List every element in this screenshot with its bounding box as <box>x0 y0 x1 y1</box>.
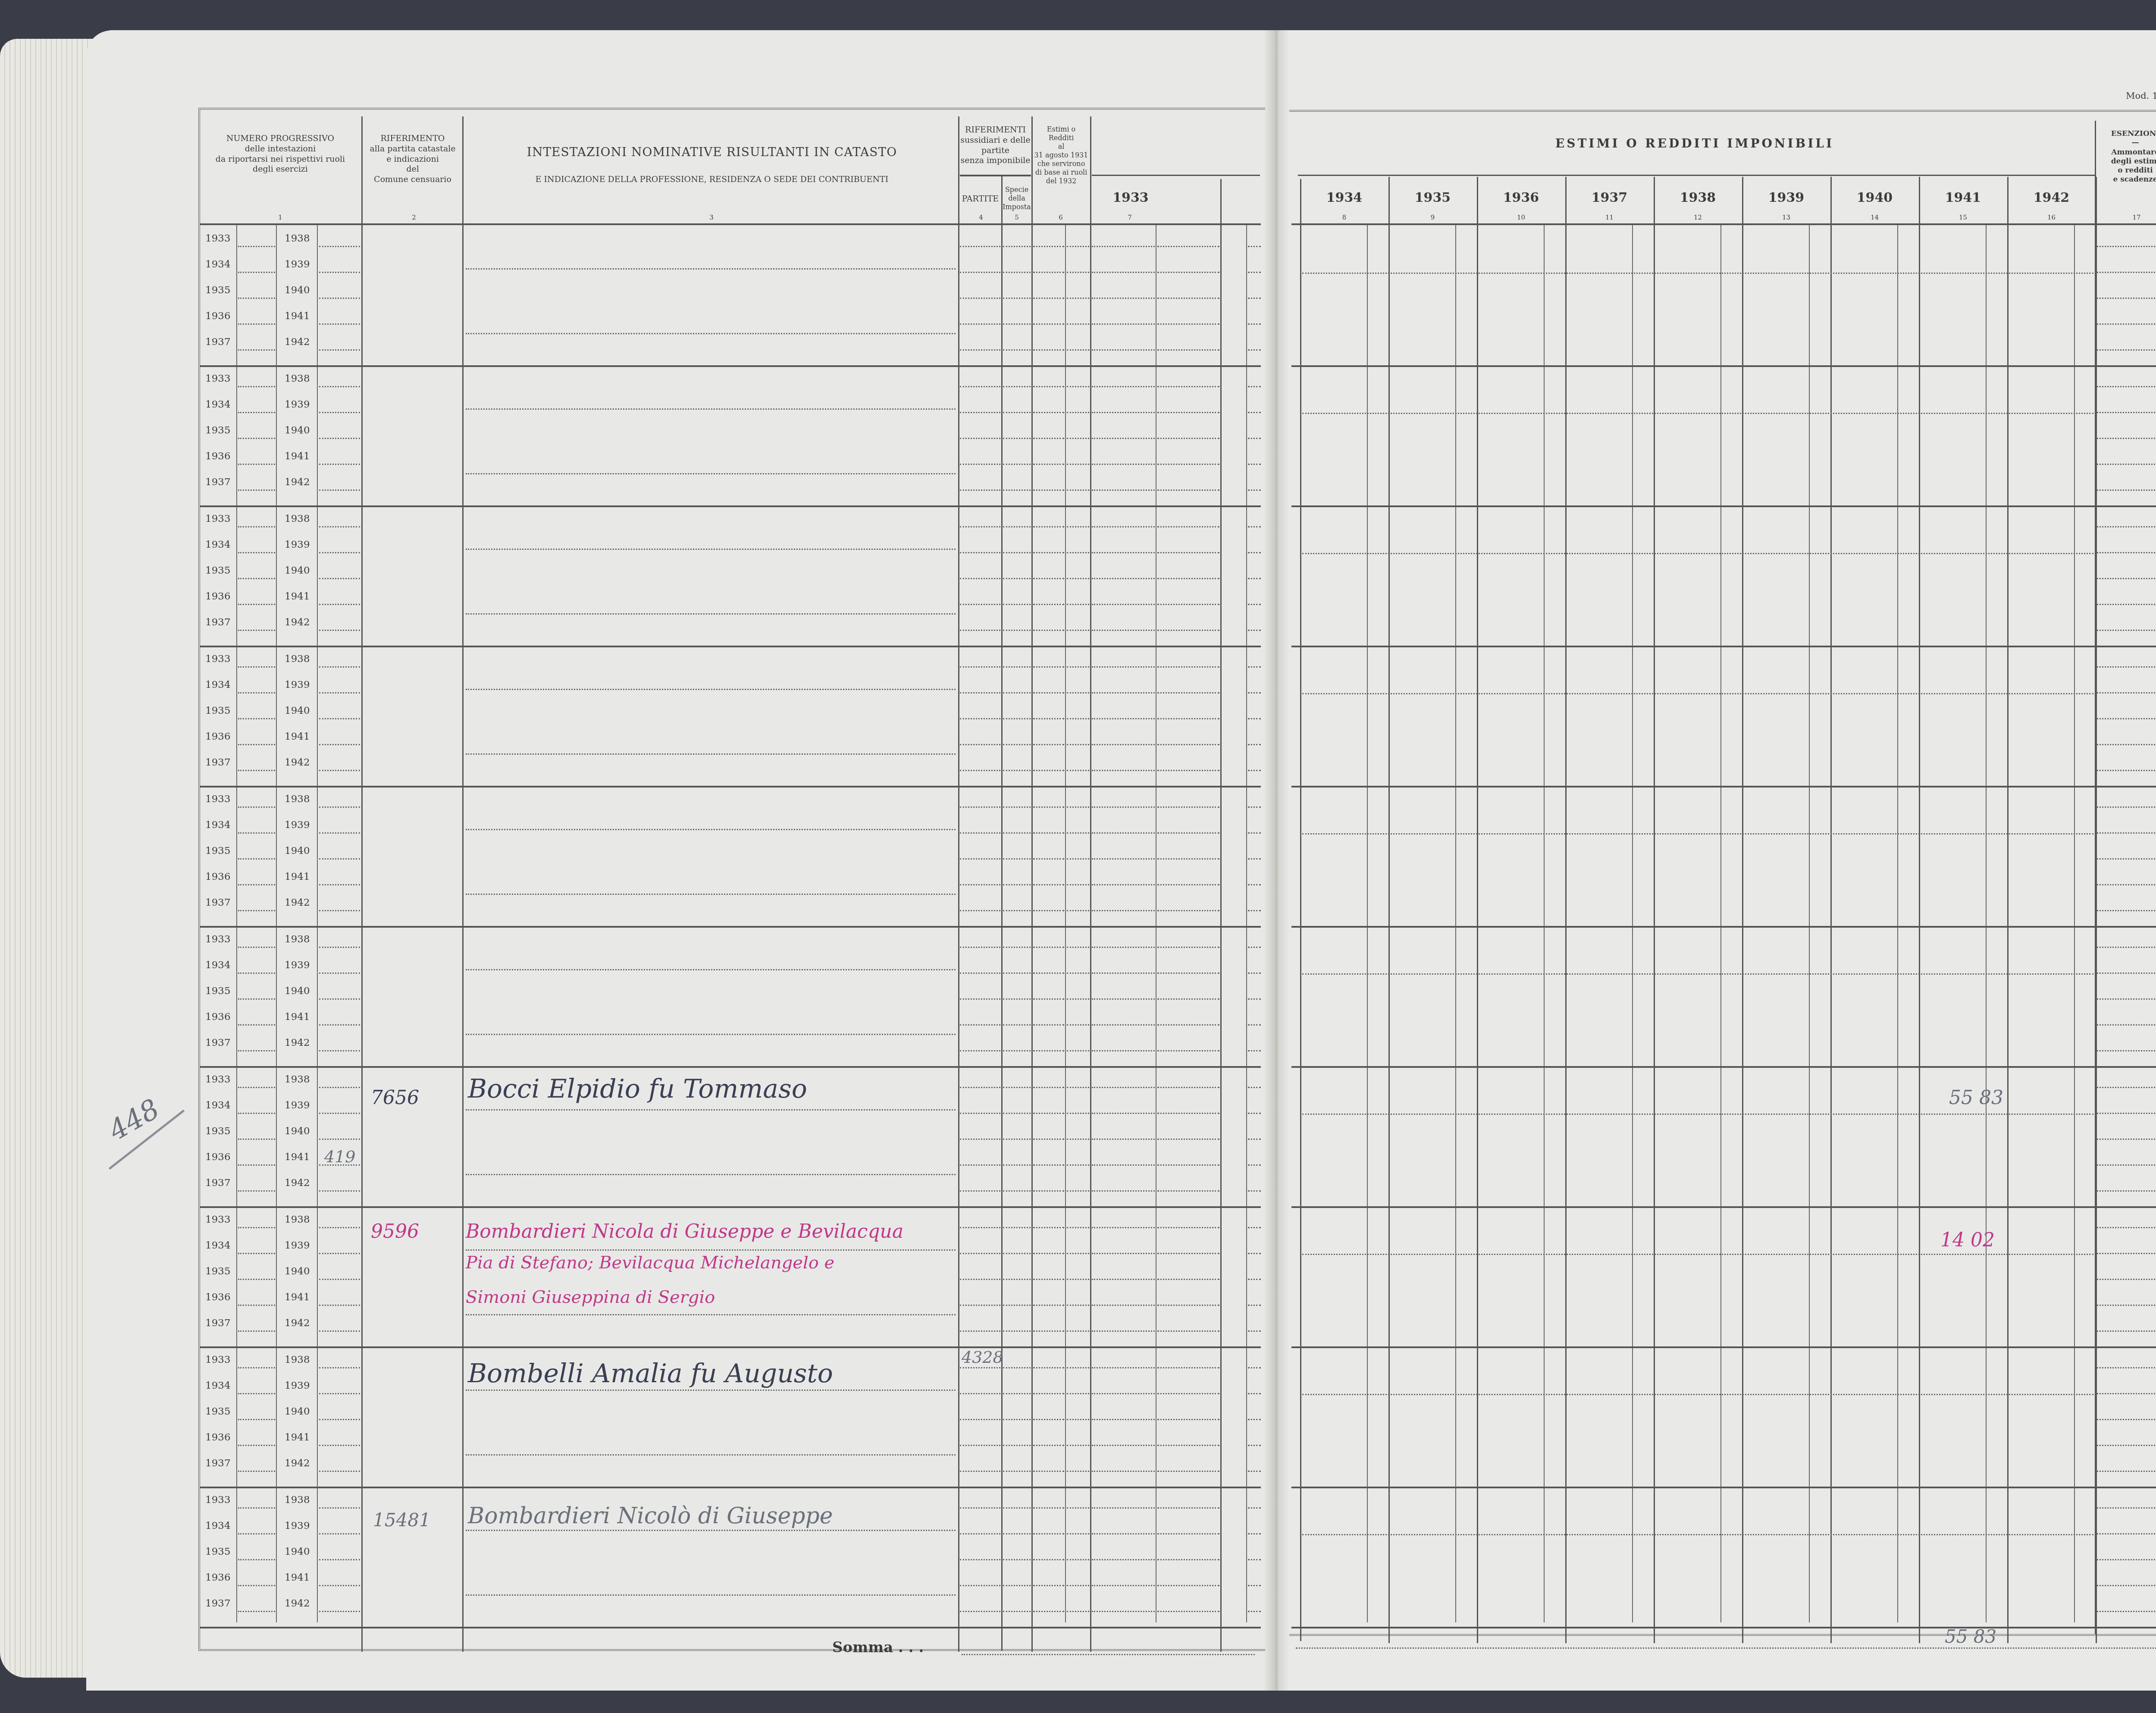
entry-field-line[interactable] <box>238 1024 275 1026</box>
entry-field-line[interactable] <box>1033 1139 1064 1140</box>
entry-field-line[interactable] <box>960 1471 1000 1472</box>
entry-field-line[interactable] <box>238 1330 275 1332</box>
entry-field-line[interactable] <box>960 604 1000 605</box>
entry-field-line[interactable] <box>319 1139 360 1140</box>
entry-field-line[interactable] <box>1157 1190 1219 1192</box>
entry-field-line[interactable] <box>1067 489 1089 491</box>
entry-field-line[interactable] <box>2096 858 2156 860</box>
entry-field-line[interactable] <box>319 1611 360 1612</box>
entry-field-line[interactable] <box>1067 770 1089 771</box>
entry-field-line[interactable] <box>1003 1507 1031 1509</box>
entry-field-line[interactable] <box>319 1559 360 1560</box>
entry-field-line[interactable] <box>1157 1330 1219 1332</box>
entry-field-line[interactable] <box>238 349 275 351</box>
entry-field-line[interactable] <box>960 1279 1000 1280</box>
entry-field-line[interactable] <box>238 973 275 974</box>
entry-field-line[interactable] <box>238 832 275 834</box>
estimi-field-line[interactable] <box>1302 273 2093 274</box>
entry-field-line[interactable] <box>1248 1279 1261 1280</box>
entry-field-line[interactable] <box>1248 718 1261 719</box>
entry-field-line[interactable] <box>1067 1279 1089 1280</box>
entry-field-line[interactable] <box>1157 526 1219 527</box>
entry-field-line[interactable] <box>2096 1190 2156 1192</box>
entry-field-line[interactable] <box>1067 1087 1089 1088</box>
entry-field-line[interactable] <box>1003 1585 1031 1586</box>
entry-field-line[interactable] <box>2096 1113 2156 1114</box>
entry-field-line[interactable] <box>960 1227 1000 1228</box>
entry-field-line[interactable] <box>238 1393 275 1394</box>
entry-field-line[interactable] <box>2096 973 2156 974</box>
entry-field-line[interactable] <box>1033 630 1064 631</box>
entry-field-line[interactable] <box>1092 1227 1155 1228</box>
entry-field-line[interactable] <box>1248 666 1261 668</box>
entry-field-line[interactable] <box>960 1190 1000 1192</box>
entry-field-line[interactable] <box>2096 718 2156 719</box>
entry-field-line[interactable] <box>2096 604 2156 605</box>
entry-field-line[interactable] <box>1092 744 1155 745</box>
entry-field-line[interactable] <box>319 1190 360 1192</box>
entry-field-line[interactable] <box>1157 1533 1219 1534</box>
entry-field-line[interactable] <box>2096 692 2156 693</box>
entry-field-line[interactable] <box>1033 1611 1064 1612</box>
entry-field-line[interactable] <box>1003 323 1031 325</box>
entry-field-line[interactable] <box>1248 272 1261 273</box>
entry-field-line[interactable] <box>960 770 1000 771</box>
entry-field-line[interactable] <box>1157 666 1219 668</box>
entry-field-line[interactable] <box>1157 1139 1219 1140</box>
entry-field-line[interactable] <box>238 1227 275 1228</box>
entry-field-line[interactable] <box>1092 386 1155 387</box>
entry-field-line[interactable] <box>1092 1190 1155 1192</box>
entry-field-line[interactable] <box>319 1050 360 1051</box>
entry-field-line[interactable] <box>1157 770 1219 771</box>
entry-field-line[interactable] <box>960 1305 1000 1306</box>
entry-field-line[interactable] <box>1157 438 1219 439</box>
entry-field-line[interactable] <box>960 1087 1000 1088</box>
entry-field-line[interactable] <box>238 744 275 745</box>
entry-field-line[interactable] <box>960 386 1000 387</box>
entry-field-line[interactable] <box>1157 1393 1219 1394</box>
entry-field-line[interactable] <box>1248 832 1261 834</box>
entry-field-line[interactable] <box>1067 806 1089 808</box>
entry-field-line[interactable] <box>1092 1279 1155 1280</box>
entry-field-line[interactable] <box>1003 744 1031 745</box>
entry-field-line[interactable] <box>2096 1507 2156 1509</box>
entry-field-line[interactable] <box>1092 1305 1155 1306</box>
entry-field-line[interactable] <box>319 806 360 808</box>
entry-field-line[interactable] <box>960 349 1000 351</box>
estimi-field-line[interactable] <box>1302 973 2093 975</box>
entry-field-line[interactable] <box>1248 1164 1261 1166</box>
entry-field-line[interactable] <box>238 1471 275 1472</box>
entry-field-line[interactable] <box>1067 604 1089 605</box>
entry-field-line[interactable] <box>1003 1253 1031 1254</box>
entry-field-line[interactable] <box>1067 1445 1089 1446</box>
entry-field-line[interactable] <box>1248 1611 1261 1612</box>
entry-field-line[interactable] <box>1067 1164 1089 1166</box>
entry-field-line[interactable] <box>1003 770 1031 771</box>
entry-field-line[interactable] <box>1092 666 1155 668</box>
entry-field-line[interactable] <box>1067 412 1089 413</box>
entry-field-line[interactable] <box>960 1050 1000 1051</box>
entry-field-line[interactable] <box>1067 1611 1089 1612</box>
entry-field-line[interactable] <box>1003 884 1031 885</box>
entry-field-line[interactable] <box>1003 604 1031 605</box>
entry-field-line[interactable] <box>1157 1087 1219 1088</box>
entry-field-line[interactable] <box>1033 1279 1064 1280</box>
entry-field-line[interactable] <box>1003 1559 1031 1560</box>
entry-field-line[interactable] <box>1248 323 1261 325</box>
entry-field-line[interactable] <box>1033 1445 1064 1446</box>
entry-field-line[interactable] <box>1092 1585 1155 1586</box>
entry-field-line[interactable] <box>1092 1533 1155 1534</box>
entry-field-line[interactable] <box>1003 246 1031 247</box>
entry-field-line[interactable] <box>1067 298 1089 299</box>
entry-field-line[interactable] <box>1033 884 1064 885</box>
entry-field-line[interactable] <box>2096 1050 2156 1051</box>
entry-field-line[interactable] <box>319 464 360 465</box>
entry-field-line[interactable] <box>1003 386 1031 387</box>
entry-field-line[interactable] <box>2096 272 2156 273</box>
entry-field-line[interactable] <box>238 246 275 247</box>
entry-field-line[interactable] <box>1248 1507 1261 1509</box>
entry-field-line[interactable] <box>1003 1330 1031 1332</box>
name-field-line[interactable] <box>466 1314 956 1315</box>
entry-field-line[interactable] <box>2096 1087 2156 1088</box>
entry-field-line[interactable] <box>319 386 360 387</box>
entry-field-line[interactable] <box>319 910 360 911</box>
entry-field-line[interactable] <box>1248 1533 1261 1534</box>
entry-field-line[interactable] <box>238 910 275 911</box>
entry-field-line[interactable] <box>1067 526 1089 527</box>
entry-field-line[interactable] <box>1003 1164 1031 1166</box>
entry-field-line[interactable] <box>1157 858 1219 860</box>
entry-field-line[interactable] <box>1157 349 1219 351</box>
entry-field-line[interactable] <box>1033 744 1064 745</box>
entry-field-line[interactable] <box>1033 386 1064 387</box>
entry-field-line[interactable] <box>960 298 1000 299</box>
entry-field-line[interactable] <box>1248 973 1261 974</box>
entry-field-line[interactable] <box>1003 1087 1031 1088</box>
entry-field-line[interactable] <box>2096 1164 2156 1166</box>
entry-field-line[interactable] <box>1248 412 1261 413</box>
entry-field-line[interactable] <box>238 412 275 413</box>
entry-field-line[interactable] <box>238 1367 275 1368</box>
entry-field-line[interactable] <box>1033 1050 1064 1051</box>
entry-field-line[interactable] <box>1157 998 1219 1000</box>
entry-field-line[interactable] <box>1003 718 1031 719</box>
entry-field-line[interactable] <box>2096 1393 2156 1394</box>
entry-field-line[interactable] <box>1003 412 1031 413</box>
entry-field-line[interactable] <box>960 1330 1000 1332</box>
entry-field-line[interactable] <box>319 1113 360 1114</box>
entry-field-line[interactable] <box>1003 1050 1031 1051</box>
entry-field-line[interactable] <box>1092 998 1155 1000</box>
entry-field-line[interactable] <box>1033 910 1064 911</box>
entry-field-line[interactable] <box>319 973 360 974</box>
name-field-line[interactable] <box>466 1594 956 1596</box>
entry-field-line[interactable] <box>2096 246 2156 247</box>
entry-field-line[interactable] <box>238 692 275 693</box>
entry-field-line[interactable] <box>1003 438 1031 439</box>
entry-field-line[interactable] <box>1248 438 1261 439</box>
entry-field-line[interactable] <box>319 884 360 885</box>
entry-field-line[interactable] <box>1157 973 1219 974</box>
name-field-line[interactable] <box>466 829 956 830</box>
entry-field-line[interactable] <box>2096 744 2156 745</box>
entry-field-line[interactable] <box>238 526 275 527</box>
entry-field-line[interactable] <box>960 552 1000 553</box>
entry-field-line[interactable] <box>1067 1367 1089 1368</box>
entry-field-line[interactable] <box>1092 947 1155 948</box>
entry-field-line[interactable] <box>1033 1113 1064 1114</box>
entry-field-line[interactable] <box>960 246 1000 247</box>
entry-field-line[interactable] <box>319 526 360 527</box>
entry-field-line[interactable] <box>319 630 360 631</box>
entry-field-line[interactable] <box>1033 718 1064 719</box>
entry-field-line[interactable] <box>319 1419 360 1420</box>
entry-field-line[interactable] <box>238 604 275 605</box>
entry-field-line[interactable] <box>1248 489 1261 491</box>
entry-field-line[interactable] <box>1092 349 1155 351</box>
entry-field-line[interactable] <box>1033 604 1064 605</box>
entry-field-line[interactable] <box>1157 1585 1219 1586</box>
entry-field-line[interactable] <box>1248 1190 1261 1192</box>
entry-field-line[interactable] <box>238 1611 275 1612</box>
entry-field-line[interactable] <box>1033 246 1064 247</box>
entry-field-line[interactable] <box>1248 464 1261 465</box>
entry-field-line[interactable] <box>238 858 275 860</box>
entry-field-line[interactable] <box>1092 1559 1155 1560</box>
entry-field-line[interactable] <box>2096 1471 2156 1472</box>
entry-field-line[interactable] <box>2096 1559 2156 1560</box>
entry-field-line[interactable] <box>1003 666 1031 668</box>
entry-field-line[interactable] <box>1157 386 1219 387</box>
entry-field-line[interactable] <box>1033 1305 1064 1306</box>
entry-field-line[interactable] <box>1067 998 1089 1000</box>
entry-field-line[interactable] <box>2096 489 2156 491</box>
entry-field-line[interactable] <box>2096 1024 2156 1026</box>
entry-field-line[interactable] <box>960 718 1000 719</box>
entry-field-line[interactable] <box>319 1279 360 1280</box>
entry-field-line[interactable] <box>238 998 275 1000</box>
entry-field-line[interactable] <box>960 1559 1000 1560</box>
name-field-line[interactable] <box>466 1174 956 1175</box>
entry-field-line[interactable] <box>1033 412 1064 413</box>
entry-field-line[interactable] <box>238 1305 275 1306</box>
entry-field-line[interactable] <box>319 438 360 439</box>
entry-field-line[interactable] <box>1157 806 1219 808</box>
entry-field-line[interactable] <box>1092 246 1155 247</box>
entry-field-line[interactable] <box>960 1367 1000 1368</box>
entry-field-line[interactable] <box>1033 1507 1064 1509</box>
entry-field-line[interactable] <box>319 947 360 948</box>
entry-field-line[interactable] <box>238 718 275 719</box>
entry-field-line[interactable] <box>1248 1445 1261 1446</box>
entry-field-line[interactable] <box>1003 298 1031 299</box>
entry-field-line[interactable] <box>1248 1227 1261 1228</box>
entry-field-line[interactable] <box>1003 947 1031 948</box>
entry-field-line[interactable] <box>1248 1024 1261 1026</box>
entry-field-line[interactable] <box>1157 1445 1219 1446</box>
entry-field-line[interactable] <box>238 947 275 948</box>
entry-field-line[interactable] <box>319 744 360 745</box>
entry-field-line[interactable] <box>1067 1507 1089 1509</box>
entry-field-line[interactable] <box>1067 1305 1089 1306</box>
entry-field-line[interactable] <box>319 666 360 668</box>
entry-field-line[interactable] <box>1092 806 1155 808</box>
entry-field-line[interactable] <box>2096 438 2156 439</box>
entry-field-line[interactable] <box>960 1024 1000 1026</box>
entry-field-line[interactable] <box>1033 1164 1064 1166</box>
entry-field-line[interactable] <box>1003 1367 1031 1368</box>
entry-field-line[interactable] <box>2096 1139 2156 1140</box>
entry-field-line[interactable] <box>238 1445 275 1446</box>
entry-field-line[interactable] <box>1092 578 1155 579</box>
entry-field-line[interactable] <box>1033 298 1064 299</box>
entry-field-line[interactable] <box>1092 770 1155 771</box>
entry-field-line[interactable] <box>1067 910 1089 911</box>
entry-field-line[interactable] <box>1248 1087 1261 1088</box>
entry-field-line[interactable] <box>2096 947 2156 948</box>
entry-field-line[interactable] <box>2096 578 2156 579</box>
entry-field-line[interactable] <box>1248 806 1261 808</box>
entry-field-line[interactable] <box>238 1113 275 1114</box>
entry-field-line[interactable] <box>1092 1419 1155 1420</box>
entry-field-line[interactable] <box>2096 412 2156 413</box>
entry-field-line[interactable] <box>1003 489 1031 491</box>
entry-field-line[interactable] <box>1033 832 1064 834</box>
entry-field-line[interactable] <box>319 1227 360 1228</box>
entry-field-line[interactable] <box>2096 910 2156 911</box>
entry-field-line[interactable] <box>2096 1305 2156 1306</box>
entry-field-line[interactable] <box>1067 1559 1089 1560</box>
entry-field-line[interactable] <box>1033 1330 1064 1332</box>
entry-field-line[interactable] <box>1157 1559 1219 1560</box>
entry-field-line[interactable] <box>960 884 1000 885</box>
entry-field-line[interactable] <box>2096 998 2156 1000</box>
entry-field-line[interactable] <box>960 489 1000 491</box>
entry-field-line[interactable] <box>1067 1471 1089 1472</box>
entry-field-line[interactable] <box>1248 1419 1261 1420</box>
entry-field-line[interactable] <box>1157 298 1219 299</box>
entry-field-line[interactable] <box>1092 552 1155 553</box>
entry-field-line[interactable] <box>1092 323 1155 325</box>
entry-field-line[interactable] <box>1067 1419 1089 1420</box>
entry-field-line[interactable] <box>238 298 275 299</box>
entry-field-line[interactable] <box>2096 884 2156 885</box>
entry-field-line[interactable] <box>1248 1139 1261 1140</box>
entry-field-line[interactable] <box>1157 604 1219 605</box>
entry-field-line[interactable] <box>2096 1419 2156 1420</box>
entry-field-line[interactable] <box>2096 1279 2156 1280</box>
entry-field-line[interactable] <box>1067 692 1089 693</box>
entry-field-line[interactable] <box>238 1419 275 1420</box>
entry-field-line[interactable] <box>1092 1253 1155 1254</box>
entry-field-line[interactable] <box>319 858 360 860</box>
entry-field-line[interactable] <box>238 489 275 491</box>
entry-field-line[interactable] <box>1033 1585 1064 1586</box>
entry-field-line[interactable] <box>1092 1330 1155 1332</box>
entry-field-line[interactable] <box>960 1393 1000 1394</box>
entry-field-line[interactable] <box>1248 349 1261 351</box>
entry-field-line[interactable] <box>1003 1190 1031 1192</box>
entry-field-line[interactable] <box>2096 1611 2156 1612</box>
entry-field-line[interactable] <box>1067 947 1089 948</box>
entry-field-line[interactable] <box>1067 1113 1089 1114</box>
entry-field-line[interactable] <box>1157 910 1219 911</box>
entry-field-line[interactable] <box>1003 1113 1031 1114</box>
entry-field-line[interactable] <box>1092 464 1155 465</box>
entry-field-line[interactable] <box>1157 832 1219 834</box>
entry-field-line[interactable] <box>238 464 275 465</box>
entry-field-line[interactable] <box>960 1419 1000 1420</box>
entry-field-line[interactable] <box>1157 718 1219 719</box>
entry-field-line[interactable] <box>1033 770 1064 771</box>
entry-field-line[interactable] <box>2096 1533 2156 1534</box>
entry-field-line[interactable] <box>1092 604 1155 605</box>
entry-field-line[interactable] <box>1248 1471 1261 1472</box>
entry-field-line[interactable] <box>1033 1024 1064 1026</box>
entry-field-line[interactable] <box>1003 272 1031 273</box>
entry-field-line[interactable] <box>319 349 360 351</box>
entry-field-line[interactable] <box>1248 744 1261 745</box>
entry-field-line[interactable] <box>960 910 1000 911</box>
entry-field-line[interactable] <box>319 604 360 605</box>
name-field-line[interactable] <box>466 1390 956 1391</box>
entry-field-line[interactable] <box>1157 552 1219 553</box>
entry-field-line[interactable] <box>1157 1305 1219 1306</box>
entry-field-line[interactable] <box>1157 578 1219 579</box>
entry-field-line[interactable] <box>238 770 275 771</box>
entry-field-line[interactable] <box>1067 1190 1089 1192</box>
entry-field-line[interactable] <box>319 998 360 1000</box>
name-field-line[interactable] <box>466 1454 956 1456</box>
entry-field-line[interactable] <box>1157 1227 1219 1228</box>
entry-field-line[interactable] <box>2096 349 2156 351</box>
entry-field-line[interactable] <box>1067 1050 1089 1051</box>
entry-field-line[interactable] <box>238 1507 275 1509</box>
entry-field-line[interactable] <box>1033 1559 1064 1560</box>
entry-field-line[interactable] <box>1003 526 1031 527</box>
entry-field-line[interactable] <box>319 412 360 413</box>
name-field-line[interactable] <box>466 268 956 270</box>
entry-field-line[interactable] <box>319 1445 360 1446</box>
entry-field-line[interactable] <box>2096 298 2156 299</box>
entry-field-line[interactable] <box>1003 1393 1031 1394</box>
entry-field-line[interactable] <box>1092 1445 1155 1446</box>
entry-field-line[interactable] <box>1092 1087 1155 1088</box>
entry-field-line[interactable] <box>1067 666 1089 668</box>
name-field-line[interactable] <box>466 753 956 755</box>
entry-field-line[interactable] <box>1248 884 1261 885</box>
entry-field-line[interactable] <box>1248 1050 1261 1051</box>
entry-field-line[interactable] <box>1033 323 1064 325</box>
entry-field-line[interactable] <box>1092 1471 1155 1472</box>
entry-field-line[interactable] <box>960 666 1000 668</box>
entry-field-line[interactable] <box>1248 1113 1261 1114</box>
entry-field-line[interactable] <box>1248 298 1261 299</box>
entry-field-line[interactable] <box>960 858 1000 860</box>
entry-field-line[interactable] <box>319 552 360 553</box>
entry-field-line[interactable] <box>238 386 275 387</box>
entry-field-line[interactable] <box>1157 1611 1219 1612</box>
entry-field-line[interactable] <box>1157 489 1219 491</box>
entry-field-line[interactable] <box>1248 526 1261 527</box>
entry-field-line[interactable] <box>1248 1305 1261 1306</box>
entry-field-line[interactable] <box>1003 1227 1031 1228</box>
entry-field-line[interactable] <box>238 1190 275 1192</box>
